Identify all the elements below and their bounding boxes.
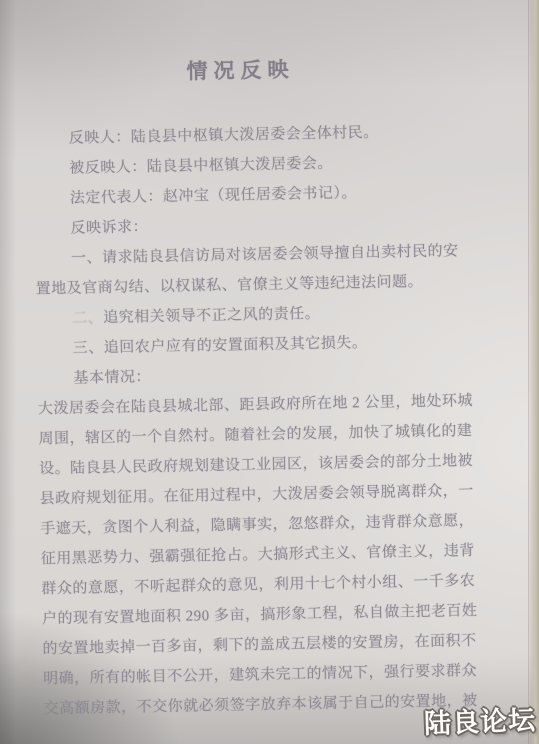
line-marker: 二、 bbox=[72, 310, 103, 327]
document-photo: 情况反映 反映人：陆良县中枢镇大泼居委会全体村民。被反映人：陆良县中枢镇大泼居委… bbox=[0, 0, 539, 744]
document-title: 情况反映 bbox=[0, 50, 488, 89]
watermark-text: 陆良论坛 bbox=[423, 698, 536, 741]
line-text: 追究相关领导不正之风的责任。 bbox=[103, 306, 320, 326]
document-lines: 反映人：陆良县中枢镇大泼居委会全体村民。被反映人：陆良县中枢镇大泼居委会。法定代… bbox=[0, 115, 539, 725]
document-page: 情况反映 反映人：陆良县中枢镇大泼居委会全体村民。被反映人：陆良县中枢镇大泼居委… bbox=[0, 0, 539, 744]
